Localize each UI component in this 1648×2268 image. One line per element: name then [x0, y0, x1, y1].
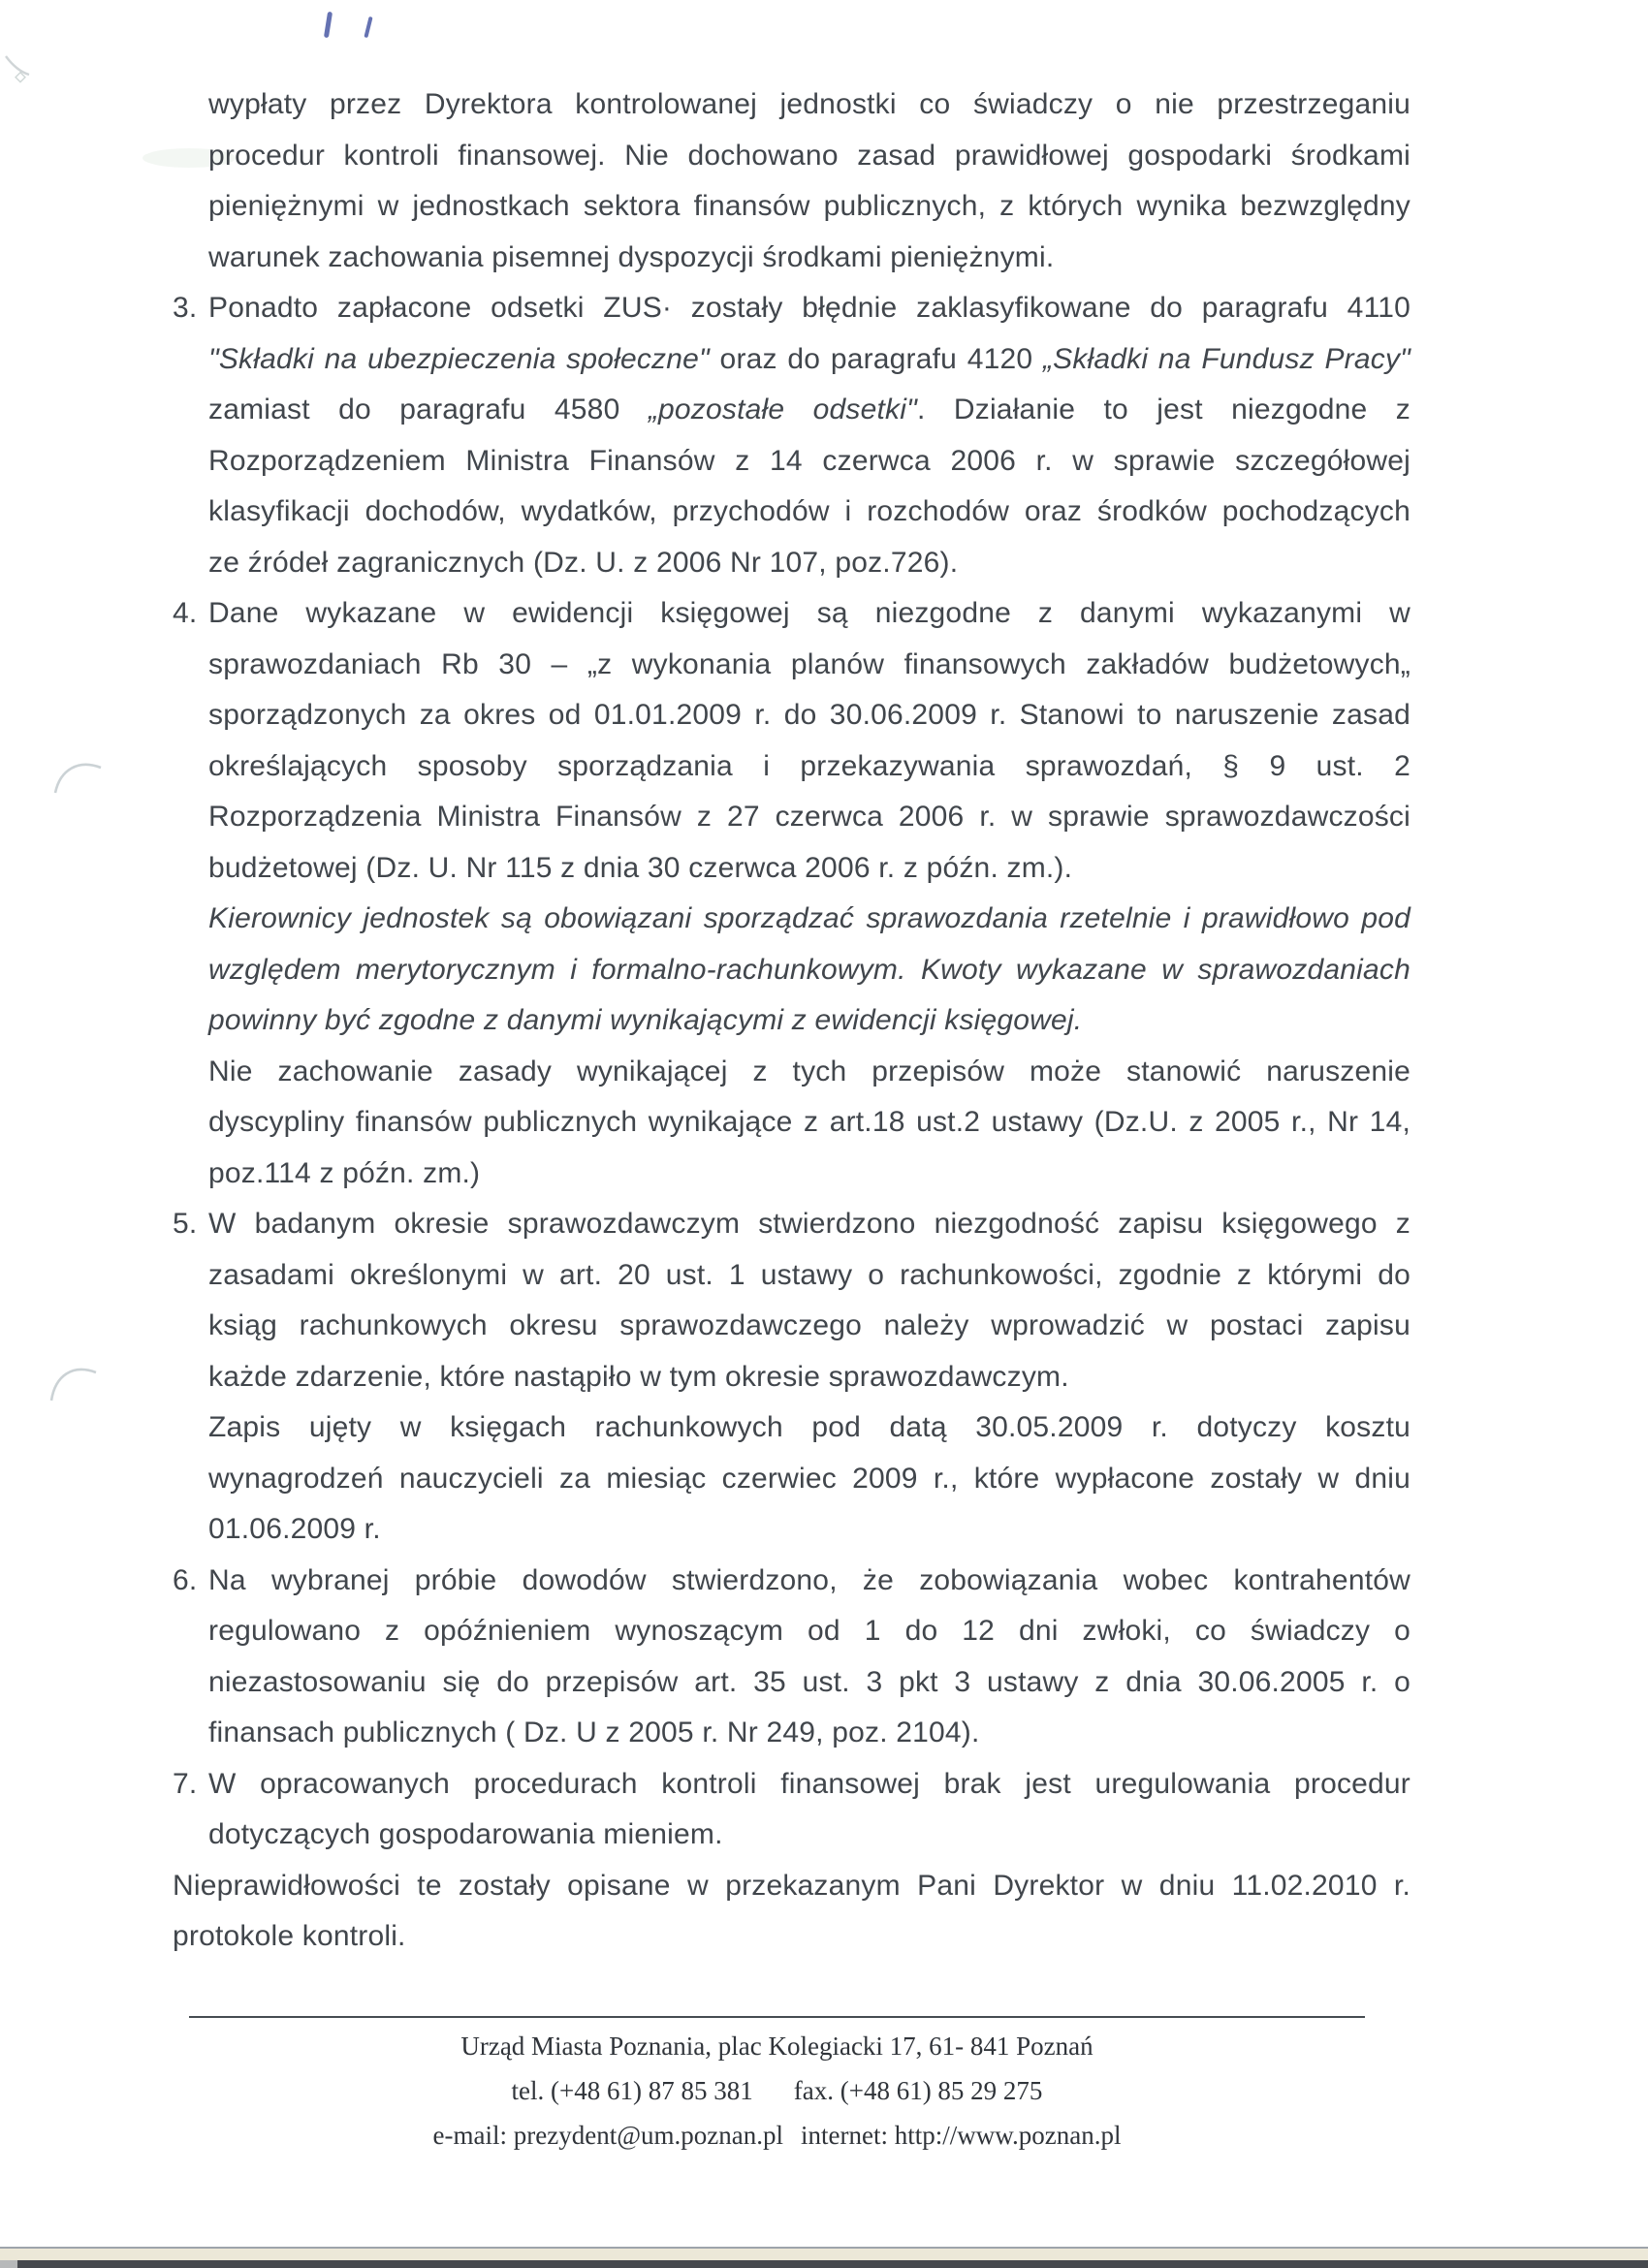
- ink-mark-blue-2: [364, 16, 372, 38]
- scan-arc-2: [51, 1370, 96, 1401]
- para-nieprawidlowosci: Nieprawidłowości te zostały opisane w pr…: [173, 1861, 1410, 1963]
- text-run: warunek zachowania pisemnej dyspozycji ś…: [208, 241, 1054, 273]
- italic-text-run: Kierownicy jednostek są obowiązani sporz…: [208, 902, 1410, 934]
- text-run: wynagrodzeń nauczycieli za miesiąc czerw…: [208, 1463, 1410, 1495]
- text-run: Rozporządzenia Ministra Finansów z 27 cz…: [208, 801, 1410, 833]
- text-run: Zapis ujęty w księgach rachunkowych pod …: [208, 1411, 1410, 1443]
- text-line: Kierownicy jednostek są obowiązani sporz…: [208, 894, 1410, 945]
- text-line: zasadami określonymi w art. 20 ust. 1 us…: [208, 1250, 1410, 1302]
- text-run: ksiąg rachunkowych okresu sprawozdawczeg…: [208, 1309, 1410, 1341]
- text-line: sprawozdaniach Rb 30 – „z wykonania plan…: [208, 640, 1410, 691]
- italic-text-run: „Składki na Fundusz Pracy": [1043, 343, 1410, 375]
- text-line: Rozporządzenia Ministra Finansów z 27 cz…: [208, 792, 1410, 843]
- text-run: oraz do paragrafu 4120: [710, 343, 1043, 375]
- list-number: 4.: [173, 588, 208, 640]
- text-run: . Działanie to jest niezgodne z: [917, 394, 1410, 425]
- text-run: ze źródeł zagranicznych (Dz. U. z 2006 N…: [208, 547, 958, 579]
- text-run: Nie zachowanie zasady wynikającej z tych…: [208, 1055, 1410, 1087]
- list-number: 5.: [173, 1199, 208, 1250]
- footer-phone-line: tel. (+48 61) 87 85 381fax. (+48 61) 85 …: [189, 2068, 1365, 2113]
- text-run: sprawozdaniach Rb 30 – „z wykonania plan…: [208, 648, 1410, 680]
- para-zapis-ujety: Zapis ujęty w księgach rachunkowych pod …: [208, 1402, 1410, 1556]
- text-run: W badanym okresie sprawozdawczym stwierd…: [208, 1208, 1410, 1240]
- list-number: 6.: [173, 1556, 208, 1607]
- text-run: pieniężnymi w jednostkach sektora finans…: [208, 190, 1410, 222]
- text-line: Nie zachowanie zasady wynikającej z tych…: [208, 1047, 1410, 1098]
- text-line: 5.W badanym okresie sprawozdawczym stwie…: [208, 1199, 1410, 1250]
- footer-tel: tel. (+48 61) 87 85 381: [512, 2076, 753, 2105]
- text-line: dyscypliny finansów publicznych wynikają…: [208, 1097, 1410, 1149]
- text-line: dotyczących gospodarowania mieniem.: [208, 1810, 1410, 1861]
- text-line: powinny być zgodne z danymi wynikającymi…: [208, 995, 1410, 1047]
- text-run: W opracowanych procedurach kontroli fina…: [208, 1768, 1410, 1800]
- text-run: wypłaty przez Dyrektora kontrolowanej je…: [208, 88, 1410, 120]
- text-run: 01.06.2009 r.: [208, 1513, 381, 1545]
- text-run: Dane wykazane w ewidencji księgowej są n…: [208, 597, 1410, 629]
- text-run: sporządzonych za okres od 01.01.2009 r. …: [208, 699, 1410, 731]
- text-line: procedur kontroli finansowej. Nie dochow…: [208, 131, 1410, 182]
- list-number: 3.: [173, 283, 208, 334]
- italic-text-run: "Składki na ubezpieczenia społeczne": [208, 343, 710, 375]
- text-run: Rozporządzeniem Ministra Finansów z 14 c…: [208, 445, 1410, 477]
- text-run: każde zdarzenie, które nastąpiło w tym o…: [208, 1361, 1069, 1393]
- text-line: wynagrodzeń nauczycieli za miesiąc czerw…: [208, 1454, 1410, 1505]
- list-item-6: 6.Na wybranej próbie dowodów stwierdzono…: [173, 1556, 1410, 1759]
- text-run: dotyczących gospodarowania mieniem.: [208, 1818, 723, 1850]
- text-run: budżetowej (Dz. U. Nr 115 z dnia 30 czer…: [208, 852, 1072, 884]
- footer-internet: internet: http://www.poznan.pl: [801, 2121, 1121, 2150]
- scan-arc-1: [55, 765, 101, 793]
- ink-mark-blue-1: [324, 12, 333, 38]
- scan-edge-dark: [17, 2260, 1648, 2268]
- text-line: 3.Ponadto zapłacone odsetki ZUS· zostały…: [208, 283, 1410, 334]
- text-line: poz.114 z późn. zm.): [208, 1149, 1410, 1200]
- scan-edge-dark-left: [0, 2260, 17, 2268]
- text-line: każde zdarzenie, które nastąpiło w tym o…: [208, 1352, 1410, 1403]
- list-item-4: 4.Dane wykazane w ewidencji księgowej są…: [173, 588, 1410, 894]
- text-line: 6.Na wybranej próbie dowodów stwierdzono…: [208, 1556, 1410, 1607]
- list-item-7: 7.W opracowanych procedurach kontroli fi…: [173, 1759, 1410, 1861]
- text-line: wypłaty przez Dyrektora kontrolowanej je…: [208, 79, 1410, 131]
- text-line: klasyfikacji dochodów, wydatków, przycho…: [208, 487, 1410, 538]
- text-line: finansach publicznych ( Dz. U z 2005 r. …: [208, 1708, 1410, 1759]
- para-nie-zachowanie: Nie zachowanie zasady wynikającej z tych…: [208, 1047, 1410, 1200]
- footer-fax: fax. (+48 61) 85 29 275: [794, 2076, 1043, 2105]
- text-run: niezastosowaniu się do przepisów art. 35…: [208, 1666, 1410, 1698]
- para-kierownicy-italic: Kierownicy jednostek są obowiązani sporz…: [208, 894, 1410, 1047]
- text-run: zasadami określonymi w art. 20 ust. 1 us…: [208, 1259, 1410, 1291]
- text-line: niezastosowaniu się do przepisów art. 35…: [208, 1657, 1410, 1709]
- text-line: Rozporządzeniem Ministra Finansów z 14 c…: [208, 436, 1410, 488]
- list-item-3: 3.Ponadto zapłacone odsetki ZUS· zostały…: [173, 283, 1410, 588]
- footer: Urząd Miasta Poznania, plac Kolegiacki 1…: [189, 2016, 1365, 2158]
- document-body: wypłaty przez Dyrektora kontrolowanej je…: [173, 79, 1410, 1963]
- text-run: zamiast do paragrafu 4580: [208, 394, 649, 425]
- text-line: względem merytorycznym i formalno-rachun…: [208, 945, 1410, 996]
- italic-text-run: względem merytorycznym i formalno-rachun…: [208, 954, 1410, 986]
- text-run: Nieprawidłowości te zostały opisane w pr…: [173, 1870, 1410, 1902]
- list-number: 7.: [173, 1759, 208, 1811]
- italic-text-run: powinny być zgodne z danymi wynikającymi…: [208, 1004, 1082, 1036]
- text-line: 7.W opracowanych procedurach kontroli fi…: [208, 1759, 1410, 1811]
- text-run: poz.114 z późn. zm.): [208, 1157, 480, 1189]
- list-item-5: 5.W badanym okresie sprawozdawczym stwie…: [173, 1199, 1410, 1402]
- text-line: określających sposoby sporządzania i prz…: [208, 741, 1410, 793]
- text-line: ksiąg rachunkowych okresu sprawozdawczeg…: [208, 1301, 1410, 1352]
- para-continuation-wyplaty: wypłaty przez Dyrektora kontrolowanej je…: [208, 79, 1410, 283]
- italic-text-run: „pozostałe odsetki": [649, 394, 917, 425]
- scan-edge-cream: [0, 2249, 1648, 2260]
- text-run: Na wybranej próbie dowodów stwierdzono, …: [208, 1564, 1410, 1596]
- text-line: 4.Dane wykazane w ewidencji księgowej są…: [208, 588, 1410, 640]
- text-line: protokole kontroli.: [173, 1911, 1410, 1963]
- footer-web-line: e-mail: prezydent@um.poznan.plinternet: …: [189, 2113, 1365, 2158]
- text-line: pieniężnymi w jednostkach sektora finans…: [208, 181, 1410, 233]
- text-run: dyscypliny finansów publicznych wynikają…: [208, 1106, 1410, 1138]
- text-run: klasyfikacji dochodów, wydatków, przycho…: [208, 495, 1410, 527]
- text-run: Ponadto zapłacone odsetki ZUS· zostały b…: [208, 292, 1410, 324]
- text-run: określających sposoby sporządzania i prz…: [208, 750, 1410, 782]
- text-run: protokole kontroli.: [173, 1920, 406, 1952]
- text-run: regulowano z opóźnieniem wynoszącym od 1…: [208, 1615, 1410, 1647]
- text-line: Zapis ujęty w księgach rachunkowych pod …: [208, 1402, 1410, 1454]
- text-line: budżetowej (Dz. U. Nr 115 z dnia 30 czer…: [208, 843, 1410, 895]
- text-line: sporządzonych za okres od 01.01.2009 r. …: [208, 690, 1410, 741]
- text-line: zamiast do paragrafu 4580 „pozostałe ods…: [208, 385, 1410, 436]
- text-line: ze źródeł zagranicznych (Dz. U. z 2006 N…: [208, 538, 1410, 589]
- text-run: procedur kontroli finansowej. Nie dochow…: [208, 140, 1410, 172]
- footer-address: Urząd Miasta Poznania, plac Kolegiacki 1…: [189, 2024, 1365, 2068]
- footer-email: e-mail: prezydent@um.poznan.pl: [433, 2121, 784, 2150]
- text-run: finansach publicznych ( Dz. U z 2005 r. …: [208, 1717, 980, 1748]
- scanned-document-page: { "colors": { "paper": "#ffffff", "ink":…: [0, 0, 1648, 2268]
- text-line: 01.06.2009 r.: [208, 1504, 1410, 1556]
- text-line: "Składki na ubezpieczenia społeczne" ora…: [208, 334, 1410, 386]
- text-line: Nieprawidłowości te zostały opisane w pr…: [173, 1861, 1410, 1912]
- text-line: regulowano z opóźnieniem wynoszącym od 1…: [208, 1606, 1410, 1657]
- text-line: warunek zachowania pisemnej dyspozycji ś…: [208, 233, 1410, 284]
